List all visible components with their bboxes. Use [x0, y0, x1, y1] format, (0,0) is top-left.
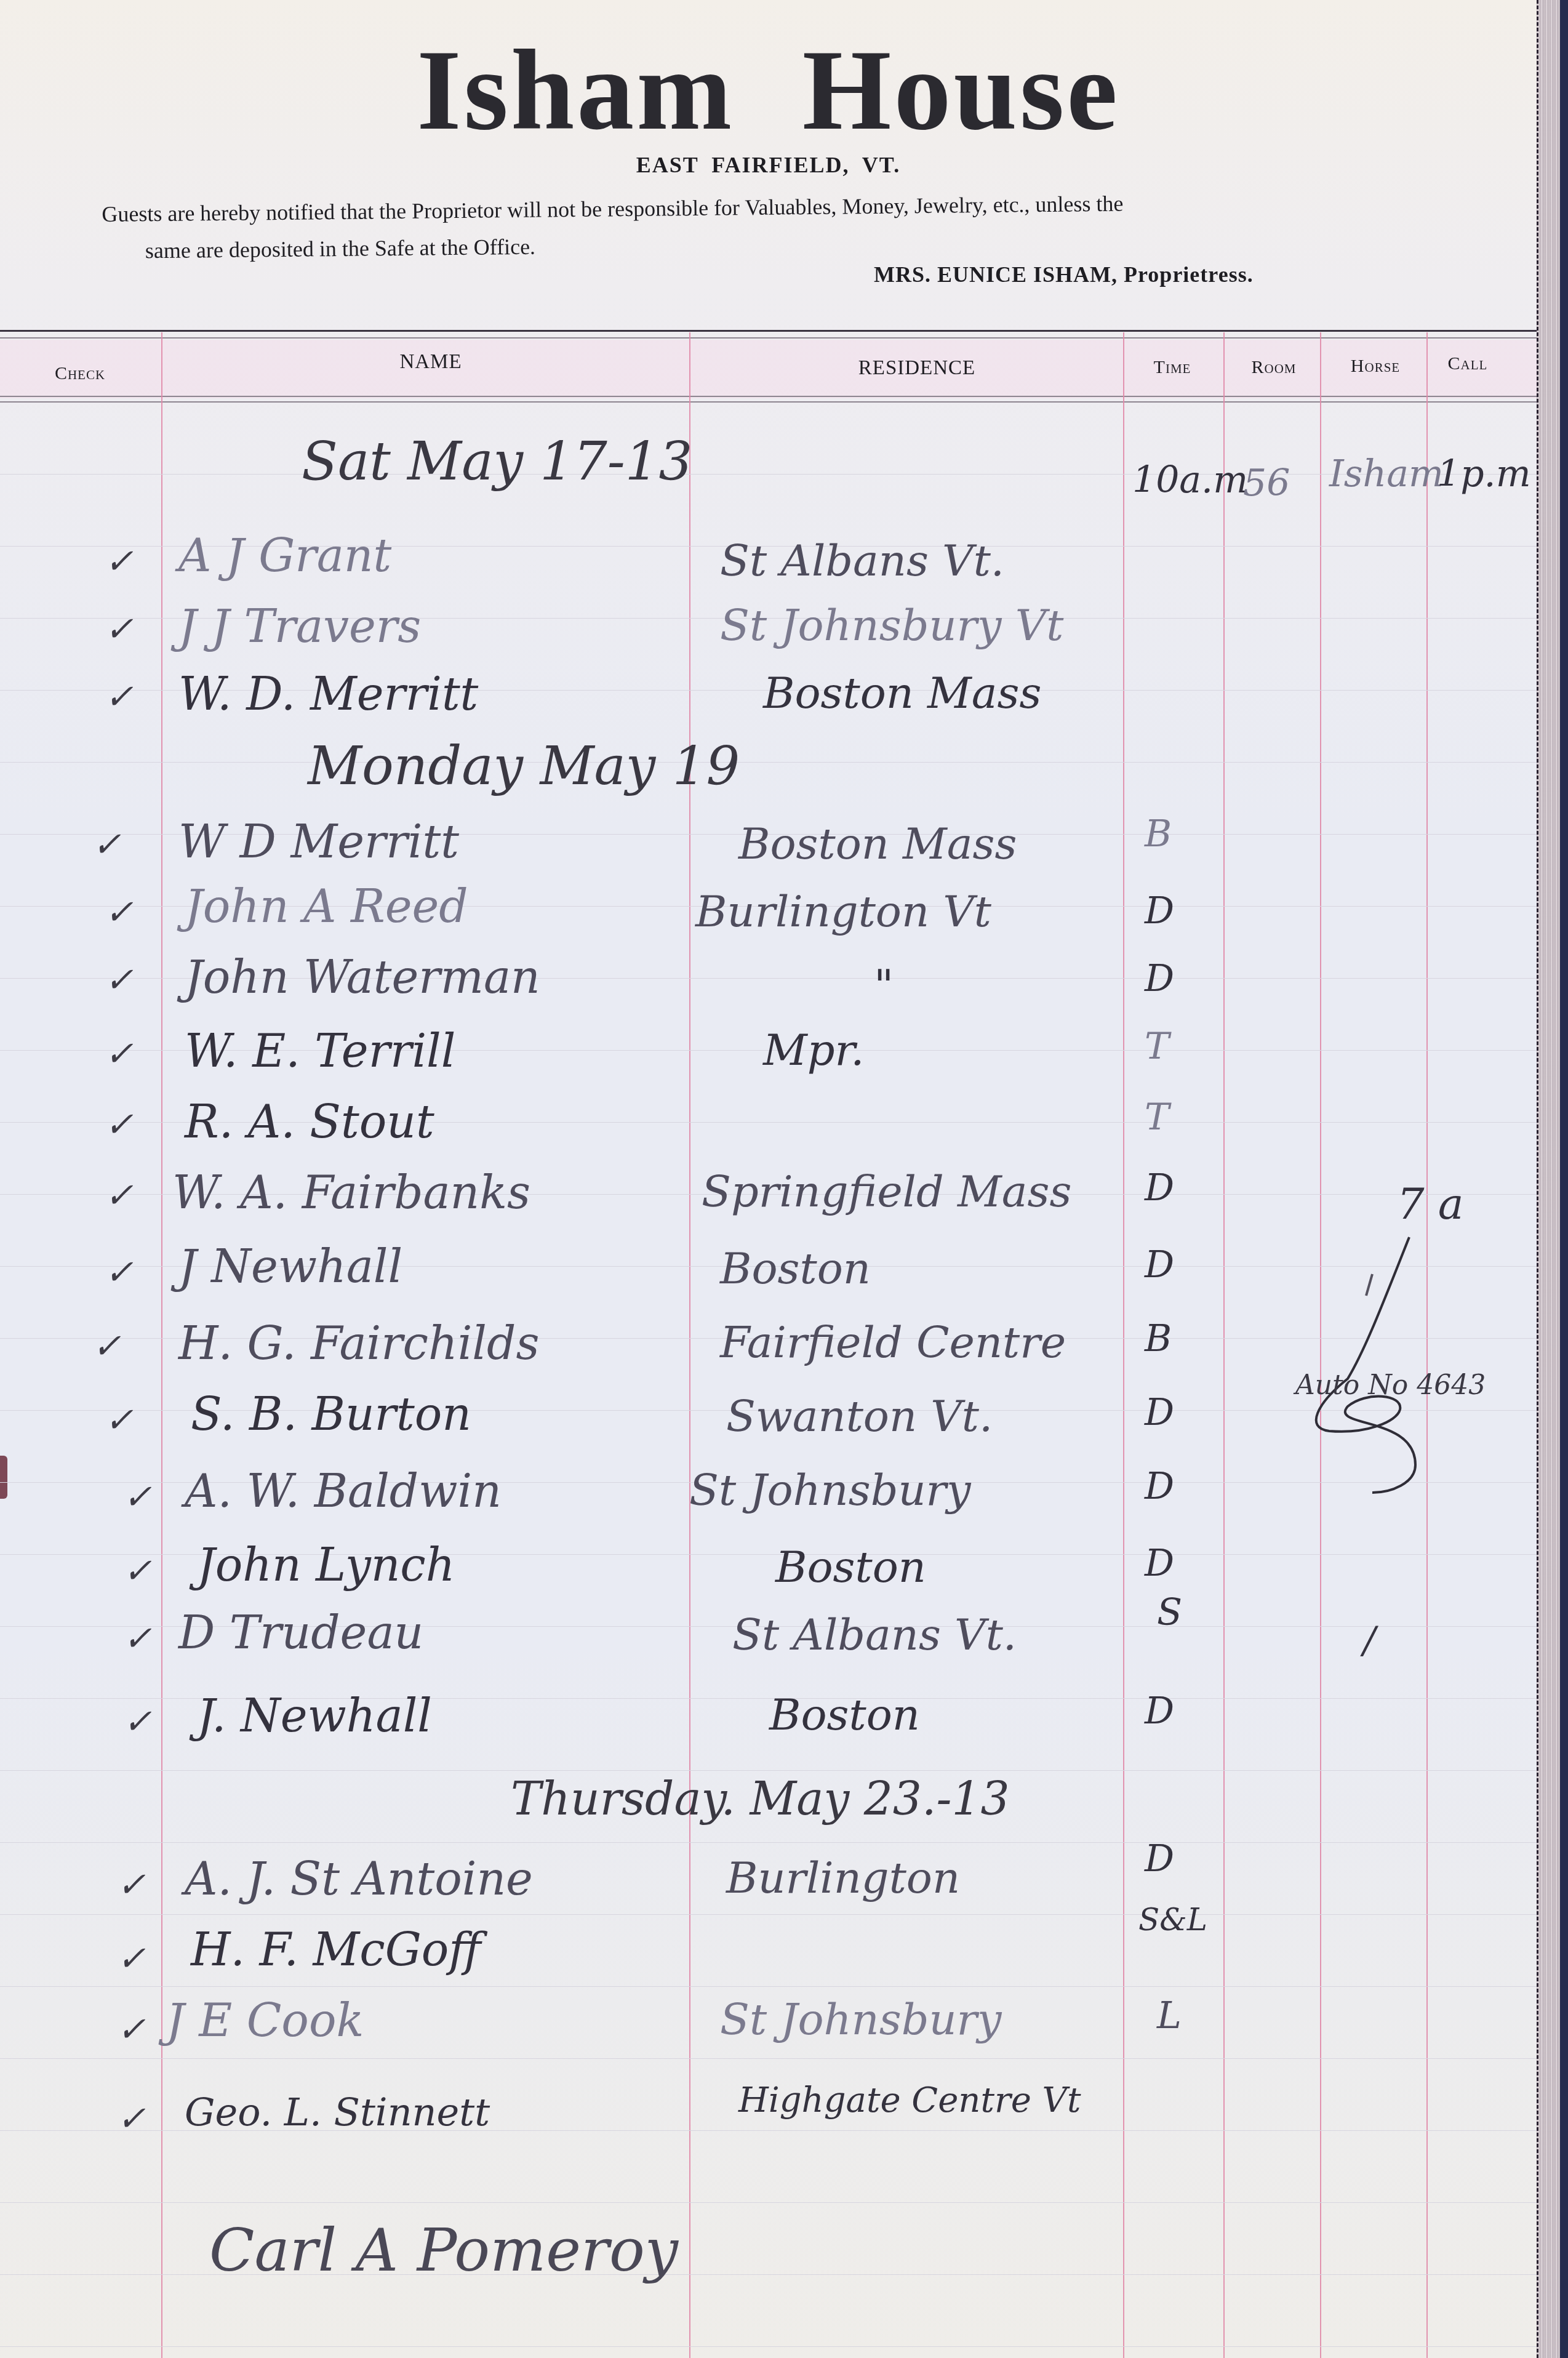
column-header-residence: RESIDENCE — [818, 357, 1015, 380]
column-header-check: Check — [37, 363, 123, 384]
liability-notice: Guests are hereby notified that the Prop… — [102, 182, 1431, 270]
check-mark: ✓ — [92, 1326, 121, 1366]
call-tick: / — [1363, 1619, 1375, 1662]
check-mark: ✓ — [105, 960, 134, 1000]
call-annotation-mark: 7 a — [1397, 1179, 1464, 1229]
hotel-title: Isham House — [0, 25, 1537, 156]
guest-residence: Burlington — [726, 1853, 960, 1903]
header-bottom-rule-2 — [0, 401, 1537, 403]
guest-name: John Lynch — [197, 1539, 455, 1592]
guest-residence: Boston — [720, 1243, 871, 1294]
meal-mark: D — [1145, 1243, 1174, 1286]
meal-mark: D — [1145, 889, 1174, 932]
check-mark: ✓ — [123, 1551, 152, 1591]
check-mark: ✓ — [105, 892, 134, 932]
proprietor-line: MRS. EUNICE ISHAM, Proprietress. — [874, 262, 1254, 287]
check-mark: ✓ — [117, 1939, 146, 1979]
guest-residence: St Johnsbury — [720, 1994, 1002, 2045]
check-mark: ✓ — [105, 542, 134, 582]
column-divider — [1223, 332, 1225, 2358]
row-ruling — [0, 2202, 1537, 2203]
meal-mark: S&L — [1138, 1902, 1207, 1938]
guest-name: W. E. Terrill — [185, 1025, 455, 1078]
guest-residence: Boston Mass — [738, 819, 1017, 869]
check-mark: ✓ — [105, 1176, 134, 1216]
guest-name: D Trudeau — [178, 1606, 423, 1659]
call-bracket-flourish — [1292, 1231, 1452, 1502]
book-cover — [1560, 0, 1568, 2358]
meal-mark: D — [1145, 1166, 1174, 1209]
check-mark: ✓ — [123, 1619, 152, 1659]
column-divider — [689, 332, 690, 2358]
first-day-time: 10a.m — [1132, 459, 1248, 502]
meal-mark: T — [1145, 1025, 1169, 1068]
guest-residence: Burlington Vt — [695, 886, 991, 937]
check-mark: ✓ — [105, 1253, 134, 1293]
column-header-horse: Horse — [1326, 356, 1425, 377]
guest-residence: Boston — [769, 1690, 920, 1740]
guest-residence: St Albans Vt. — [732, 1610, 1017, 1660]
column-divider — [161, 332, 162, 2358]
meal-mark: D — [1145, 957, 1174, 1000]
meal-mark: D — [1145, 1837, 1174, 1880]
guest-name: J. Newhall — [197, 1690, 432, 1742]
guest-residence: Highgate Centre Vt — [738, 2080, 1081, 2120]
header-bottom-rule — [0, 396, 1537, 397]
guest-residence: " — [874, 960, 894, 1011]
hotel-location: EAST FAIRFIELD, VT. — [0, 152, 1537, 178]
date-heading: Monday May 19 — [308, 736, 740, 797]
column-divider — [1123, 332, 1124, 2358]
check-mark: ✓ — [105, 677, 134, 717]
guest-residence: St Albans Vt. — [720, 535, 1004, 586]
first-day-horse: Isham — [1329, 452, 1444, 495]
guest-name: H. F. McGoff — [191, 1923, 481, 1976]
check-mark: ✓ — [92, 825, 121, 865]
footer-signature: Carl A Pomeroy — [209, 2216, 678, 2285]
row-ruling — [0, 2058, 1537, 2059]
guest-residence: St Johnsbury — [689, 1465, 971, 1515]
guest-name: John Waterman — [185, 951, 540, 1004]
row-ruling — [0, 1986, 1537, 1987]
guest-name: J J Travers — [178, 600, 421, 653]
guest-residence: Springfield Mass — [702, 1166, 1071, 1217]
check-mark: ✓ — [105, 1400, 134, 1440]
check-mark: ✓ — [123, 1477, 152, 1517]
auto-number-note: Auto No 4643 — [1295, 1369, 1486, 1401]
meal-mark: B — [1145, 1317, 1172, 1360]
meal-mark: L — [1157, 1994, 1182, 2037]
meal-mark: D — [1145, 1690, 1174, 1733]
guest-residence: Boston Mass — [763, 668, 1041, 718]
meal-mark: D — [1145, 1465, 1174, 1508]
header-top-rule-thin — [0, 337, 1537, 339]
ink-stain — [0, 1456, 7, 1499]
guest-residence: Mpr. — [763, 1025, 865, 1075]
row-ruling — [0, 2346, 1537, 2347]
first-day-call: 1p.m — [1437, 452, 1531, 495]
column-header-name: NAME — [345, 351, 517, 374]
guest-name: Geo. L. Stinnett — [185, 2090, 490, 2135]
meal-mark: D — [1145, 1542, 1174, 1585]
page-edges — [1537, 0, 1562, 2358]
meal-mark: S — [1157, 1591, 1182, 1634]
row-ruling — [0, 762, 1537, 763]
column-header-time: Time — [1132, 357, 1212, 378]
guest-name: A J Grant — [178, 529, 391, 582]
date-heading: Sat May 17-13 — [302, 431, 692, 492]
column-header-room: Room — [1231, 357, 1317, 378]
guest-residence: Boston — [775, 1542, 926, 1592]
meal-mark: B — [1145, 812, 1172, 856]
guest-residence: Fairfield Centre — [720, 1317, 1066, 1368]
check-mark: ✓ — [117, 1865, 146, 1905]
first-day-room: 56 — [1243, 462, 1290, 505]
notice-line-1: Guests are hereby notified that the Prop… — [102, 191, 1124, 227]
row-ruling — [0, 1914, 1537, 1915]
meal-mark: D — [1145, 1391, 1174, 1434]
row-ruling — [0, 474, 1537, 475]
meal-mark: T — [1145, 1096, 1169, 1139]
date-heading: Thursday. May 23.-13 — [511, 1773, 1010, 1826]
guest-name: J Newhall — [178, 1240, 402, 1293]
guest-name: J E Cook — [166, 1994, 364, 2047]
row-ruling — [0, 1770, 1537, 1771]
guest-residence: St Johnsbury Vt — [720, 600, 1063, 651]
check-mark: ✓ — [117, 2010, 146, 2050]
row-ruling — [0, 1842, 1537, 1843]
guest-name: W D Merritt — [178, 816, 459, 868]
guest-name: John A Reed — [185, 880, 468, 933]
check-mark: ✓ — [105, 1105, 134, 1145]
guest-name: W. D. Merritt — [178, 668, 478, 721]
check-mark: ✓ — [105, 609, 134, 649]
check-mark: ✓ — [117, 2099, 146, 2139]
guest-name: S. B. Burton — [191, 1388, 471, 1441]
header-top-rule — [0, 330, 1537, 332]
guest-name: W. A. Fairbanks — [172, 1166, 530, 1219]
guest-name: A. J. St Antoine — [185, 1853, 533, 1906]
guest-name: A. W. Baldwin — [185, 1465, 502, 1518]
guest-name: H. G. Fairchilds — [178, 1317, 539, 1370]
guest-name: R. A. Stout — [185, 1096, 434, 1149]
check-mark: ✓ — [105, 1034, 134, 1074]
guest-residence: Swanton Vt. — [726, 1391, 993, 1442]
check-mark: ✓ — [123, 1702, 152, 1742]
column-header-call: Call — [1428, 353, 1508, 374]
